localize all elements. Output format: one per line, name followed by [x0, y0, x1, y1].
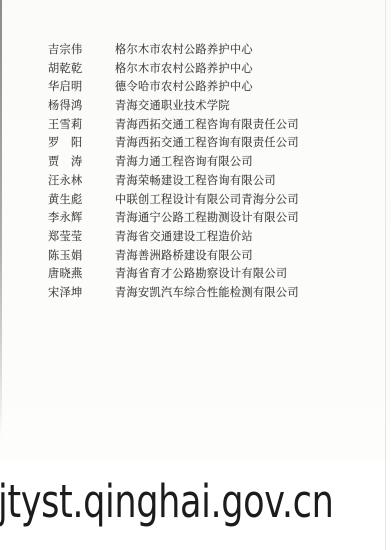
org-name: 青海善洲路桥建设有限公司: [115, 247, 385, 266]
org-name: 青海荣畅建设工程咨询有限公司: [115, 172, 385, 191]
page: 吉宗伟 格尔木市农村公路养护中心 胡乾乾 格尔木市农村公路养护中心 华启明 德令…: [0, 0, 391, 550]
person-name: 汪永林: [48, 172, 115, 191]
org-name: 青海通宁公路工程勘测设计有限公司: [115, 209, 385, 228]
roster-row: 王雪莉 青海西拓交通工程咨询有限责任公司: [48, 116, 385, 135]
org-name: 格尔木市农村公路养护中心: [115, 41, 385, 60]
roster-row: 宋泽坤 青海安凯汽车综合性能检测有限公司: [48, 284, 385, 303]
roster-row: 郑莹莹 青海省交通建设工程造价站: [48, 228, 385, 247]
site-url-caption: jtyst.qinghai.gov.cn: [0, 479, 333, 524]
org-name: 青海力通工程咨询有限公司: [115, 153, 385, 172]
scan-right-edge-artifact: [385, 0, 386, 550]
org-name: 中联创工程设计有限公司青海分公司: [115, 191, 385, 210]
scanned-document-page: 吉宗伟 格尔木市农村公路养护中心 胡乾乾 格尔木市农村公路养护中心 华启明 德令…: [0, 0, 391, 460]
roster-row: 吉宗伟 格尔木市农村公路养护中心: [48, 41, 385, 60]
org-name: 青海省交通建设工程造价站: [115, 228, 385, 247]
person-name: 陈玉娟: [48, 247, 115, 266]
roster-row: 华启明 德令哈市农村公路养护中心: [48, 78, 385, 97]
roster-row: 黄生彪 中联创工程设计有限公司青海分公司: [48, 191, 385, 210]
roster-row: 汪永林 青海荣畅建设工程咨询有限公司: [48, 172, 385, 191]
person-name: 华启明: [48, 78, 115, 97]
roster-row: 胡乾乾 格尔木市农村公路养护中心: [48, 60, 385, 79]
person-name: 杨得鸿: [48, 97, 115, 116]
roster-row: 贾 涛 青海力通工程咨询有限公司: [48, 153, 385, 172]
roster-row: 李永辉 青海通宁公路工程勘测设计有限公司: [48, 209, 385, 228]
person-name: 罗 阳: [48, 134, 115, 153]
scan-left-edge-artifact: [0, 0, 2, 438]
org-name: 青海西拓交通工程咨询有限责任公司: [115, 116, 385, 135]
roster-row: 罗 阳 青海西拓交通工程咨询有限责任公司: [48, 134, 385, 153]
roster-row: 唐晓燕 青海省育才公路勘察设计有限公司: [48, 265, 385, 284]
org-name: 格尔木市农村公路养护中心: [115, 60, 385, 79]
roster: 吉宗伟 格尔木市农村公路养护中心 胡乾乾 格尔木市农村公路养护中心 华启明 德令…: [48, 41, 385, 303]
person-name: 胡乾乾: [48, 60, 115, 79]
roster-row: 杨得鸿 青海交通职业技术学院: [48, 97, 385, 116]
org-name: 德令哈市农村公路养护中心: [115, 78, 385, 97]
org-name: 青海安凯汽车综合性能检测有限公司: [115, 284, 385, 303]
person-name: 王雪莉: [48, 116, 115, 135]
org-name: 青海交通职业技术学院: [115, 97, 385, 116]
person-name: 唐晓燕: [48, 265, 115, 284]
person-name: 黄生彪: [48, 191, 115, 210]
org-name: 青海省育才公路勘察设计有限公司: [115, 265, 385, 284]
roster-row: 陈玉娟 青海善洲路桥建设有限公司: [48, 247, 385, 266]
org-name: 青海西拓交通工程咨询有限责任公司: [115, 134, 385, 153]
person-name: 宋泽坤: [48, 284, 115, 303]
person-name: 贾 涛: [48, 153, 115, 172]
person-name: 吉宗伟: [48, 41, 115, 60]
person-name: 郑莹莹: [48, 228, 115, 247]
person-name: 李永辉: [48, 209, 115, 228]
